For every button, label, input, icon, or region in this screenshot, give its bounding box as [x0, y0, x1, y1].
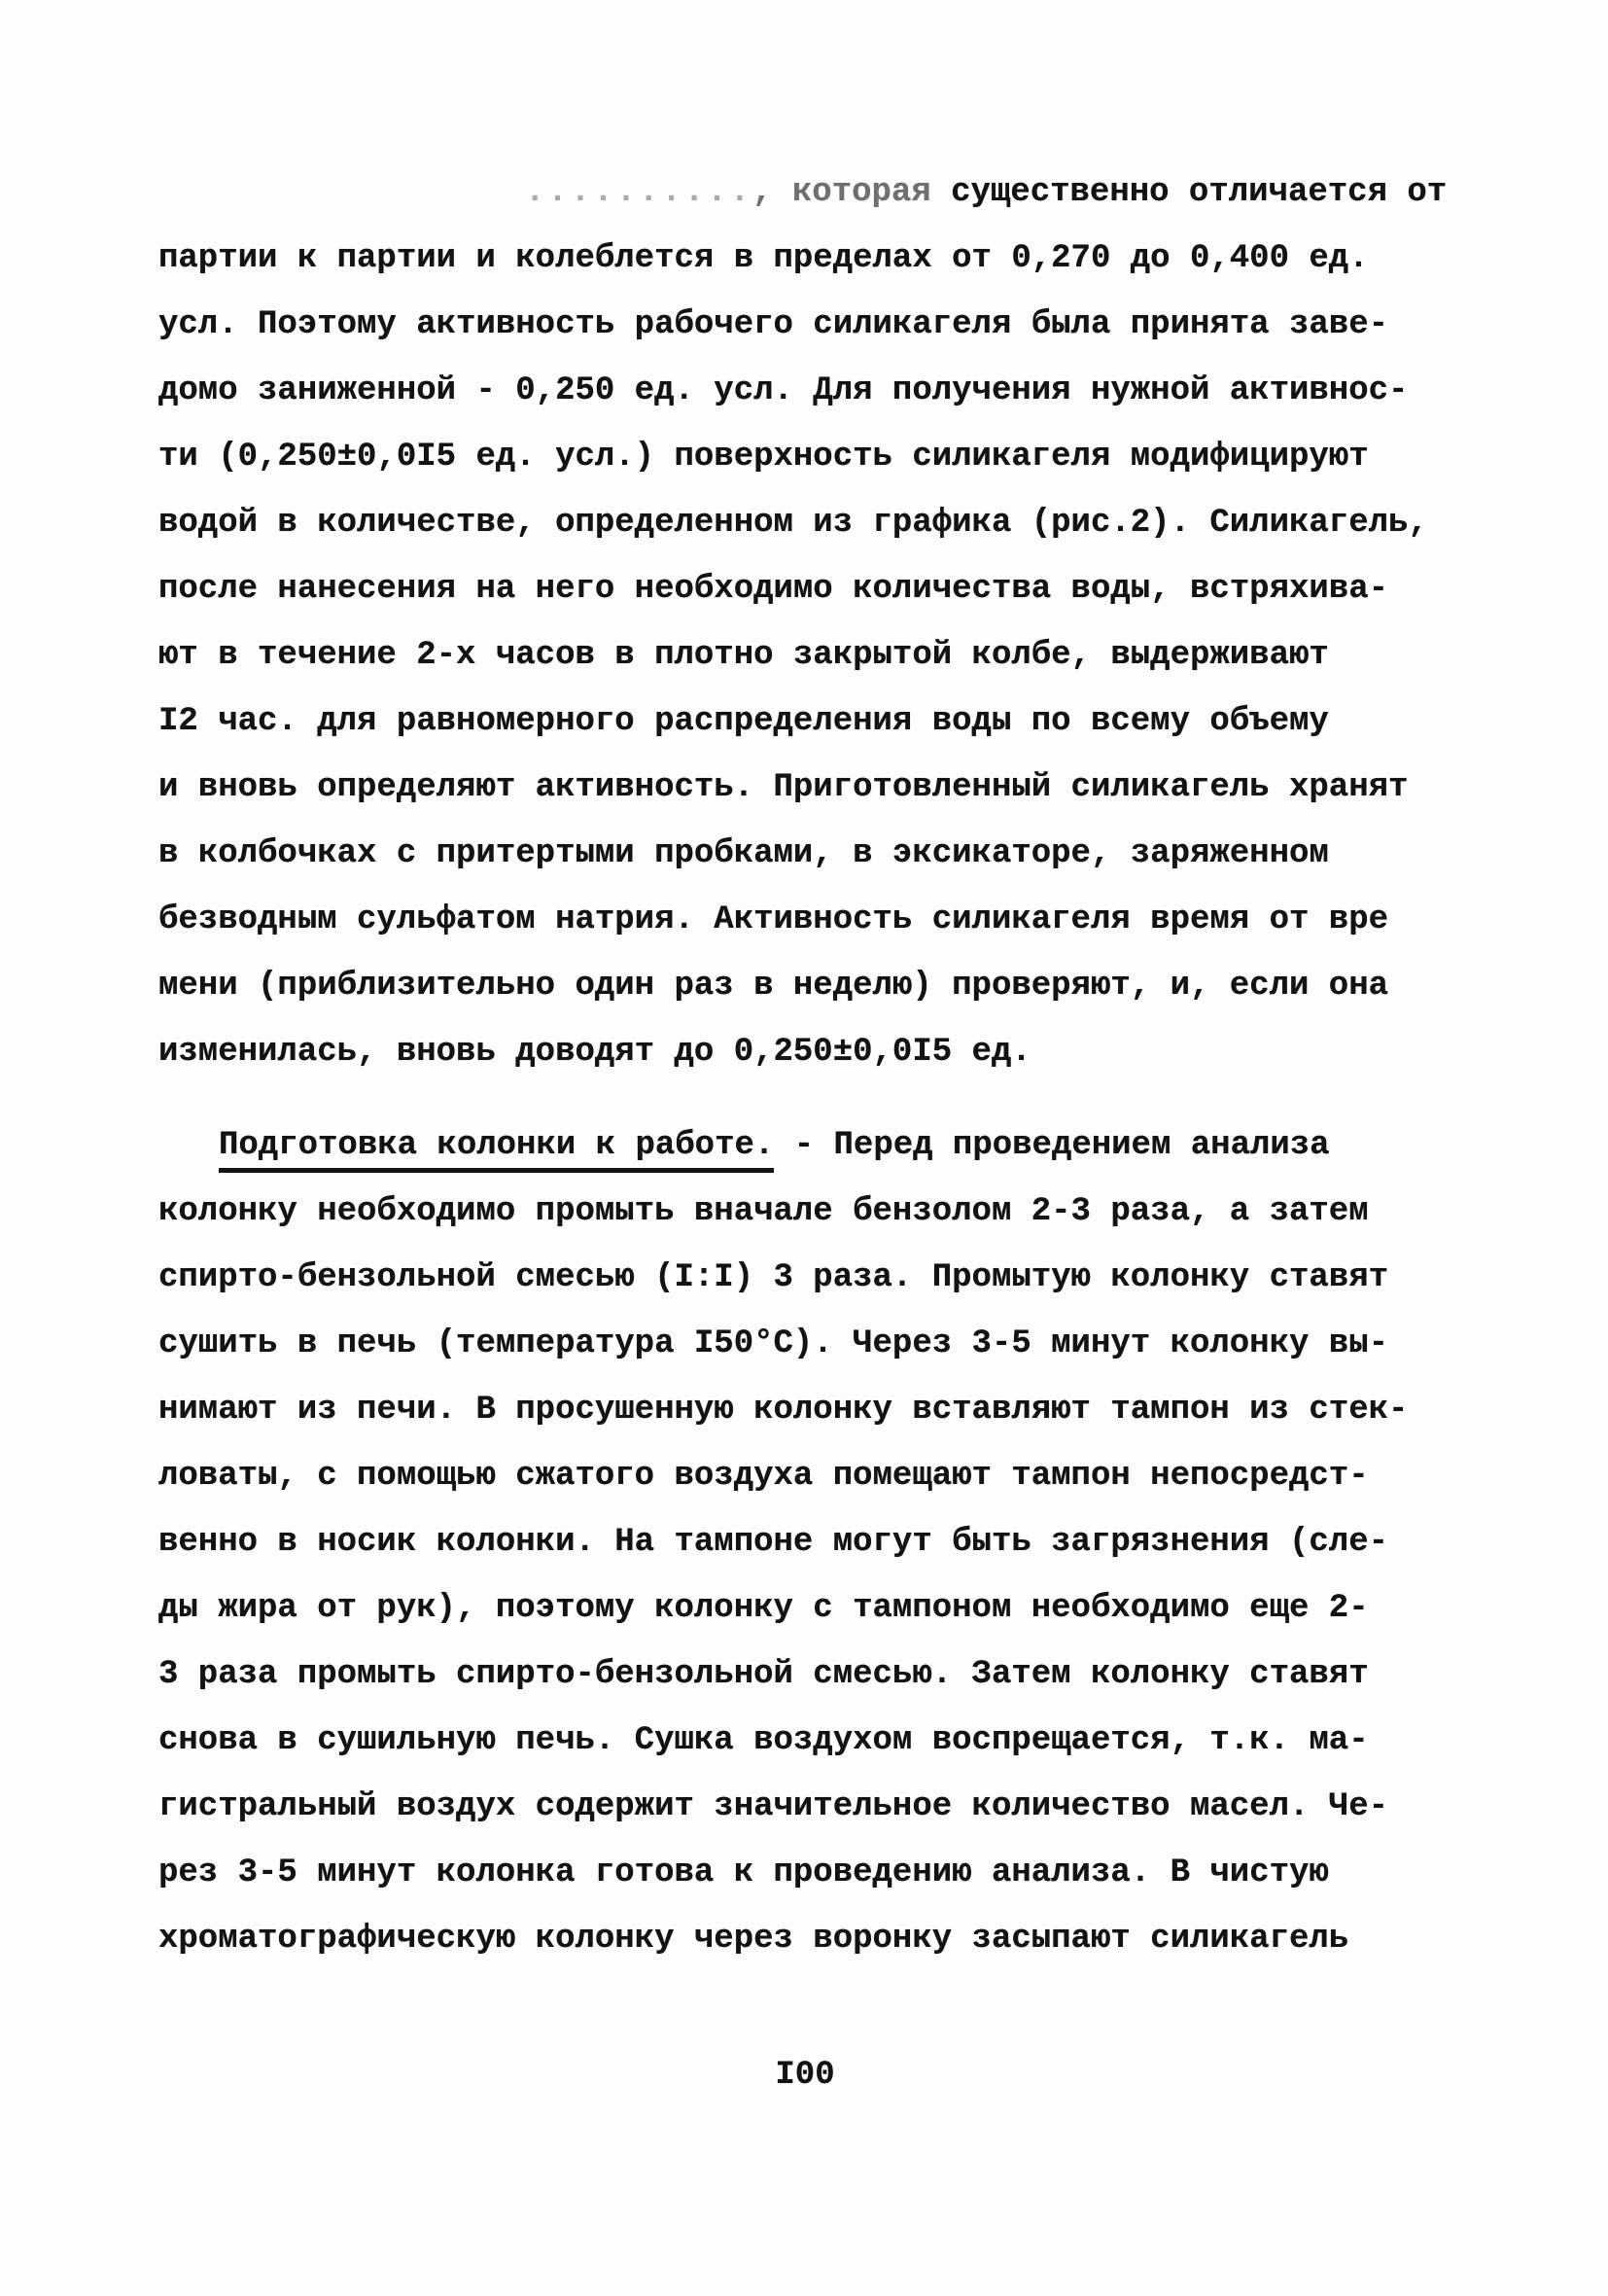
text-line: водой в количестве, определенном из граф…: [158, 490, 1490, 556]
text-line: ти (0,250±0,0I5 ед. усл.) поверхность си…: [158, 424, 1490, 490]
text-line: домо заниженной - 0,250 ед. усл. Для пол…: [158, 358, 1490, 424]
text-line: рез 3-5 минут колонка готова к проведени…: [158, 1840, 1490, 1906]
text-line: I2 час. для равномерного распределения в…: [158, 689, 1490, 755]
text-segment: - Перед проведением анализа: [774, 1127, 1329, 1164]
text-line: изменилась, вновь доводят до 0,250±0,0I5…: [158, 1019, 1490, 1085]
text-line: венно в носик колонки. На тампоне могут …: [158, 1509, 1490, 1575]
text-line: нимают из печи. В просушенную колонку вс…: [158, 1377, 1490, 1443]
page-number: I00: [158, 2042, 1451, 2108]
text-line: ют в течение 2-х часов в плотно закрытой…: [158, 622, 1490, 689]
text-line: и вновь определяют активность. Приготовл…: [158, 755, 1490, 821]
text-line: усл. Поэтому активность рабочего силикаг…: [158, 292, 1490, 358]
text-line: 3 раза промыть спирто-бензольной смесью.…: [158, 1642, 1490, 1708]
text-line: ловаты, с помощью сжатого воздуха помеща…: [158, 1443, 1490, 1509]
section-heading: Подготовка колонки к работе.: [219, 1126, 774, 1173]
text-line: .........., которая существенно отличает…: [158, 159, 1490, 226]
text-block: .........., которая существенно отличает…: [158, 159, 1490, 1972]
document-page: .........., которая существенно отличает…: [0, 0, 1608, 2296]
text-line: безводным сульфатом натрия. Активность с…: [158, 887, 1490, 953]
text-line: в колбочках с притертыми пробками, в экс…: [158, 821, 1490, 887]
text-line: колонку необходимо промыть вначале бензо…: [158, 1179, 1490, 1245]
illegible-faded-word: ..........: [525, 174, 752, 211]
text-line: хроматографическую колонку через воронку…: [158, 1906, 1490, 1972]
text-line: спирто-бензольной смесью (I:I) 3 раза. П…: [158, 1245, 1490, 1311]
text-line: гистральный воздух содержит значительное…: [158, 1774, 1490, 1840]
text-line: сушить в печь (температура I50°С). Через…: [158, 1311, 1490, 1377]
text-line: Подготовка колонки к работе. - Перед про…: [158, 1113, 1490, 1179]
text-line: после нанесения на него необходимо колич…: [158, 556, 1490, 622]
text-line: ды жира от рук), поэтому колонку с тампо…: [158, 1575, 1490, 1642]
text-line: партии к партии и колеблется в пределах …: [158, 226, 1490, 292]
text-line: снова в сушильную печь. Сушка воздухом в…: [158, 1708, 1490, 1774]
text-segment: существенно отличается от: [951, 174, 1447, 211]
text-segment: , которая: [752, 174, 951, 211]
text-line: мени (приблизительно один раз в неделю) …: [158, 953, 1490, 1019]
